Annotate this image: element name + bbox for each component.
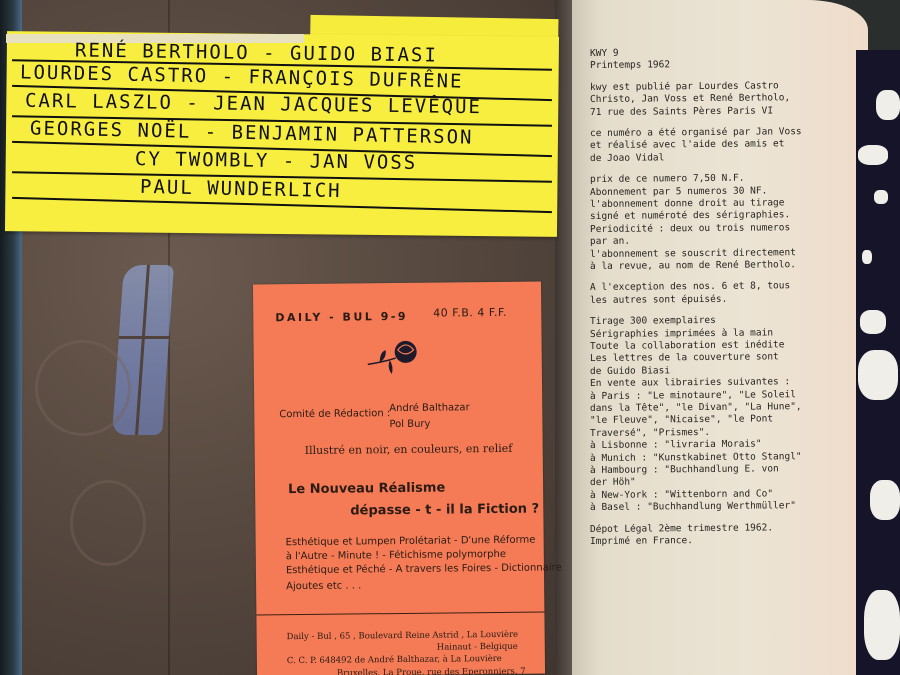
typed-line: de Joao Vidal — [590, 152, 664, 164]
typed-line: Sérigraphies imprimées à la main — [590, 327, 773, 340]
typed-line: der Höh" — [590, 477, 636, 488]
typed-line: Dépot Légal 2ème trimestre 1962. — [590, 522, 773, 535]
editor-name: Pol Bury — [389, 419, 430, 430]
typed-line: Toute la collaboration est inédite — [590, 339, 785, 352]
typed-line: à la revue, au nom de René Bertholo. — [590, 259, 796, 272]
card-divider — [256, 611, 544, 615]
ornament-reflection — [70, 480, 146, 566]
typed-line: à Munich : "Kunstkabinet Otto Stangl" — [590, 451, 802, 464]
rose-icon — [366, 336, 426, 382]
typed-line: ce numéro a été organisé par Jan Voss — [590, 126, 802, 139]
black-white-serigraph — [856, 50, 900, 675]
typed-line: Printemps 1962 — [590, 60, 670, 72]
typed-line: de Guido Biasi — [590, 365, 670, 377]
card-price: 40 F.B. 4 F.F. — [433, 306, 507, 320]
typed-line: "le Fleuve", "Nicaise", "le Pont — [590, 414, 773, 427]
typed-line: signé et numéroté des sérigraphies. — [590, 210, 790, 223]
typed-line: par an. — [590, 236, 630, 247]
typed-line: à Basel : "Buchhandlung Werthmüller" — [590, 500, 796, 513]
headline-line-2: dépasse - t - il la Fiction ? — [350, 502, 539, 519]
card-body-line: Ajoutes etc . . . — [286, 580, 361, 592]
typed-line: Christo, Jan Voss et René Bertholo, — [590, 92, 790, 105]
comite-label: Comité de Rédaction : — [279, 408, 390, 420]
card-body-line: Esthétique et Lumpen Prolétariat - D'une… — [286, 535, 536, 549]
typed-line: En vente aux librairies suivantes : — [590, 376, 790, 389]
typed-line: 71 rue des Saints Pères Paris VI — [590, 105, 773, 118]
artist-name-line: Paul Wunderlich — [140, 176, 342, 202]
typed-line: Periodicité : deux ou trois numeros — [590, 222, 790, 235]
typed-line: Traversé", "Prismes". — [590, 427, 710, 439]
typed-line: kwy est publié par Lourdes Castro — [590, 80, 779, 93]
typed-line: Les lettres de la couverture sont — [590, 352, 779, 365]
typed-line: Imprimé en France. — [590, 535, 693, 547]
card-footer-line: C. C. P. 648492 de André Balthazar, à La… — [287, 654, 502, 666]
card-body-line: à l'Autre - Minute ! - Fétichisme polymo… — [286, 549, 506, 562]
editor-name: André Balthazar — [389, 402, 470, 414]
typed-line: les autres sont épuisés. — [590, 294, 727, 306]
typed-line: l'abonnement donne droit au tirage — [590, 197, 785, 210]
typed-line: Abonnement par 5 numeros 30 NF. — [590, 185, 767, 198]
typed-line: et réalisé avec l'aide des amis et — [590, 139, 785, 152]
typed-line: à Lisbonne : "livraria Morais" — [590, 439, 762, 451]
ornament-reflection — [35, 340, 131, 436]
typed-line: A l'exception des nos. 6 et 8, tous — [590, 281, 790, 294]
typed-line: à New-York : "Wittenborn and Co" — [590, 488, 773, 501]
card-body-line: Esthétique et Péché - A travers les Foir… — [286, 562, 562, 576]
typed-line: KWY 9 — [590, 48, 619, 59]
card-footer-line: Hainaut - Belgique — [437, 642, 518, 653]
typed-line: à Hambourg : "Buchhandlung E. von — [590, 463, 779, 476]
illustre-line: Illustré en noir, en couleurs, en relief — [305, 442, 513, 457]
card-footer-line: Daily - Bul , 65 , Boulevard Reine Astri… — [287, 630, 519, 642]
typed-line: Tirage 300 exemplaires — [590, 315, 716, 327]
card-footer-line: Bruxelles, La Proue, rue des Eperonniers… — [337, 667, 526, 675]
typed-line: dans la Tête", "le Divan", "La Hune", — [590, 401, 802, 414]
card-title: DAILY - BUL 9-9 — [275, 310, 408, 324]
headline-line-1: Le Nouveau Réalisme — [288, 481, 445, 498]
typed-line: à Paris : "Le minotaure", "Le Soleil — [590, 389, 796, 402]
typed-line: l'abonnement se souscrit directement — [590, 247, 796, 260]
daily-bul-card: DAILY - BUL 9-9 40 F.B. 4 F.F. Comité de… — [253, 282, 545, 675]
typed-line: prix de ce numero 7,50 N.F. — [590, 173, 745, 185]
